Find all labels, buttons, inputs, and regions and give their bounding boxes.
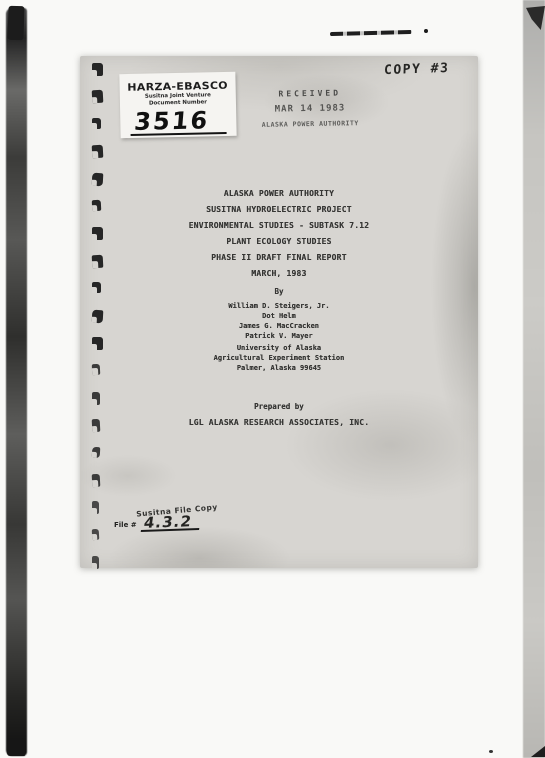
binding-mark	[92, 118, 101, 129]
file-number-label: File #	[114, 521, 137, 529]
author-name: Patrick V. Mayer	[108, 331, 450, 341]
title-line-date: MARCH, 1983	[108, 266, 450, 282]
binding-mark	[92, 309, 104, 323]
binding-mark	[92, 419, 101, 432]
title-line-study: PLANT ECOLOGY STUDIES	[108, 234, 450, 250]
binding-mark	[92, 63, 103, 76]
spine-smudge-bottom	[7, 738, 25, 756]
affiliation-block: University of Alaska Agricultural Experi…	[108, 343, 450, 373]
authors-block: William D. Steigers, Jr. Dot Helm James …	[108, 301, 450, 341]
binding-mark	[92, 364, 101, 375]
prepared-by-organization: LGL ALASKA RESEARCH ASSOCIATES, INC.	[108, 418, 450, 427]
binding-mark	[92, 392, 100, 405]
binding-mark	[92, 227, 103, 240]
binding-mark	[92, 145, 104, 159]
report-cover-page: HARZA-EBASCO Susitna Joint Venture Docum…	[80, 56, 478, 568]
document-number-underline: 3516	[130, 108, 227, 136]
affiliation-line: University of Alaska	[108, 343, 450, 353]
title-line-project: SUSITNA HYDROELECTRIC PROJECT	[108, 202, 450, 218]
spine-smudge-top	[7, 6, 24, 41]
received-stamp-line1: RECEIVED	[260, 88, 360, 99]
title-line-agency: ALASKA POWER AUTHORITY	[108, 186, 450, 202]
binding-mark	[92, 446, 101, 457]
binding-mark	[92, 282, 101, 293]
binding-mark	[92, 337, 103, 350]
author-name: William D. Steigers, Jr.	[108, 301, 450, 311]
received-stamp: RECEIVED MAR 14 1983 ALASKA POWER AUTHOR…	[260, 88, 361, 129]
ink-dot	[489, 750, 493, 753]
joint-venture-name: HARZA-EBASCO	[120, 79, 236, 93]
scanned-document: HARZA-EBASCO Susitna Joint Venture Docum…	[0, 0, 545, 758]
copy-number-handwriting: COPY #3	[384, 61, 450, 78]
file-number-handwriting: 4.3.2	[140, 514, 200, 532]
binding-mark	[92, 501, 99, 514]
ink-dot	[424, 29, 428, 33]
title-block: ALASKA POWER AUTHORITY SUSITNA HYDROELEC…	[108, 186, 450, 282]
marker-streak	[330, 30, 412, 36]
prepared-by-label: Prepared by	[108, 402, 450, 411]
binding-spine-shadow	[6, 8, 27, 756]
binding-mark	[92, 172, 104, 186]
author-name: Dot Helm	[108, 311, 450, 321]
binding-mark	[92, 90, 104, 104]
file-copy-stamp: Susitna File Copy File # 4.3.2	[114, 504, 264, 531]
binding-mark	[92, 255, 104, 269]
title-line-report-type: PHASE II DRAFT FINAL REPORT	[108, 250, 450, 266]
document-number-label: HARZA-EBASCO Susitna Joint Venture Docum…	[119, 72, 236, 138]
affiliation-line: Agricultural Experiment Station	[108, 353, 450, 363]
title-line-subtask: ENVIRONMENTAL STUDIES - SUBTASK 7.12	[108, 218, 450, 234]
affiliation-line: Palmer, Alaska 99645	[108, 363, 450, 373]
received-stamp-date: MAR 14 1983	[260, 103, 360, 115]
binding-mark	[92, 529, 100, 540]
by-label: By	[108, 287, 450, 296]
binding-mark	[92, 474, 101, 487]
received-stamp-agency: ALASKA POWER AUTHORITY	[260, 119, 360, 129]
binding-mark	[92, 200, 102, 211]
comb-binding-marks	[80, 56, 110, 568]
document-number: 3516	[133, 108, 210, 134]
binding-mark	[92, 556, 99, 569]
scan-edge-right	[523, 0, 545, 758]
author-name: James G. MacCracken	[108, 321, 450, 331]
